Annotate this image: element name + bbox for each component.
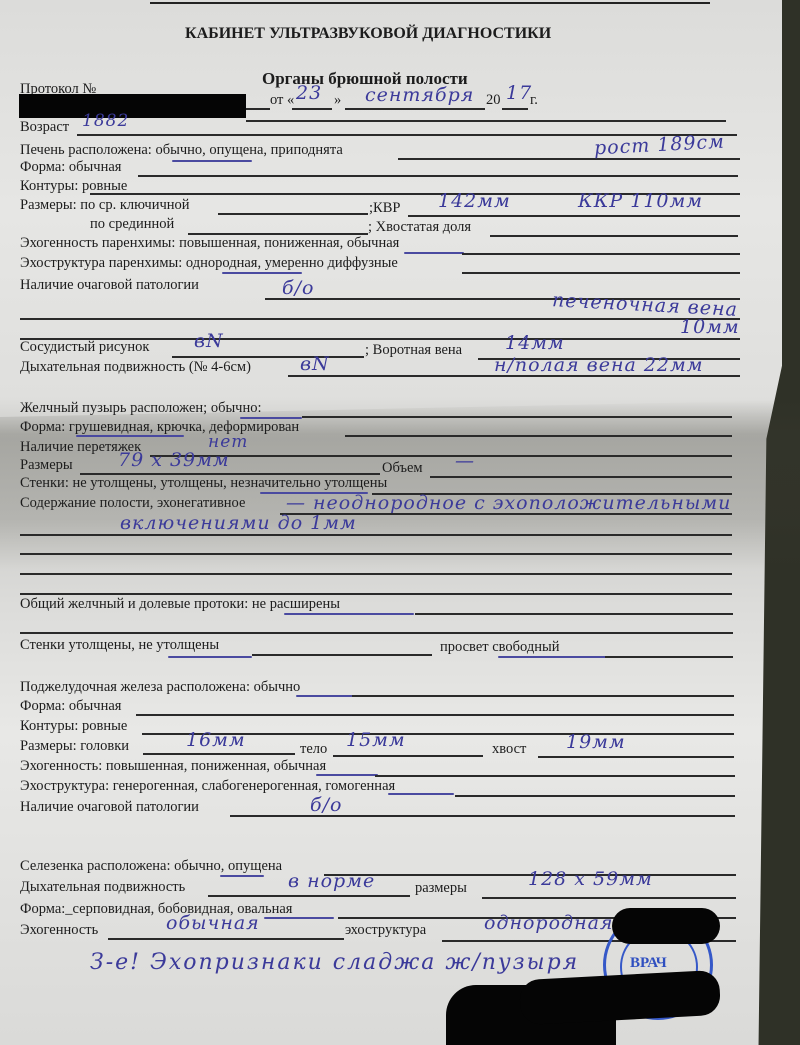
field-line (143, 753, 295, 755)
liver-mobility-label: Дыхательная подвижность (№ 4-6см) (20, 360, 251, 375)
pancreas-echostructure-label: Эхоструктура: генерогенная, слабогенерог… (20, 779, 395, 794)
vascular-value: вN (194, 332, 224, 351)
selected-underline (264, 917, 334, 919)
field-line (455, 795, 735, 797)
liver-echostructure-label: Эхоструктура паренхимы: однородная, умер… (20, 256, 398, 271)
selected-underline (168, 656, 252, 658)
date-prefix: от « (270, 93, 294, 108)
field-line (246, 120, 726, 122)
spleen-sizes-value: 128 х 59мм (528, 870, 653, 889)
liver-shape-label: Форма: обычная (20, 160, 121, 175)
redacted-protocol-number (19, 94, 246, 118)
field-line (462, 272, 740, 274)
vascular-label: Сосудистый рисунок (20, 340, 149, 355)
spleen-echogenicity-value: обычная (166, 914, 260, 933)
pancreas-echogenicity-label: Эхогенность: повышенная, пониженная, обы… (20, 759, 326, 774)
portal-vein-value: 14мм (505, 334, 565, 353)
gb-volume-label: Объем (382, 461, 423, 476)
kvr-value: 142мм (438, 192, 511, 211)
gb-shape-label: Форма: грушевидная, крючка, деформирован (20, 420, 299, 435)
field-line (150, 455, 732, 457)
gb-volume-value: — (455, 452, 475, 471)
pancreas-sizes-label: Размеры: головки (20, 739, 129, 754)
liver-focal-value: б/о (282, 279, 314, 298)
pancreas-focal-value: б/о (310, 796, 342, 815)
field-line (138, 175, 738, 177)
selected-underline (76, 435, 184, 437)
field-line (20, 553, 732, 555)
pancreas-focal-label: Наличие очаговой патологии (20, 800, 199, 815)
field-line (375, 775, 735, 777)
field-line (246, 108, 270, 110)
pancreas-position-label: Поджелудочная железа расположена: обычно (20, 680, 300, 695)
field-line (20, 593, 732, 595)
top-rule (150, 2, 710, 4)
gb-walls-label: Стенки: не утолщены, утолщены, незначите… (20, 476, 387, 491)
field-line (230, 815, 735, 817)
liver-focal-label: Наличие очаговой патологии (20, 278, 199, 293)
field-line (605, 656, 733, 658)
field-line (108, 938, 344, 940)
field-line (430, 476, 732, 478)
pancreas-tail-value: 19мм (566, 733, 626, 752)
selected-underline (498, 656, 606, 658)
liver-position-label: Печень расположена: обычно, опущена, при… (20, 143, 343, 158)
selected-underline (220, 875, 264, 877)
portal-vein-label: ; Воротная вена (365, 343, 462, 358)
selected-underline (316, 774, 378, 776)
selected-underline (284, 613, 414, 615)
field-line (490, 235, 738, 237)
field-line (408, 215, 740, 217)
liver-mobility-value: вN (300, 355, 330, 374)
pancreas-body-value: 15мм (346, 731, 406, 750)
selected-underline (222, 272, 302, 274)
field-line (302, 416, 732, 418)
field-line (20, 632, 733, 634)
selected-underline (388, 793, 454, 795)
hepatic-vein-value: 10мм (680, 318, 740, 337)
field-line (352, 695, 734, 697)
kkr-value: ККР 110мм (578, 192, 703, 211)
gb-walls2-label: Стенки утолщены, не утолщены (20, 638, 219, 653)
field-line (333, 755, 483, 757)
date-year: 17 (506, 84, 532, 103)
selected-underline (296, 695, 354, 697)
pancreas-body-label: тело (300, 742, 327, 757)
field-line (20, 318, 740, 320)
stamp-text: ВРАЧ (630, 955, 667, 972)
field-line (398, 158, 740, 160)
caudate-label: ; Хвостатая доля (368, 220, 471, 235)
liver-contours-label: Контуры: ровные (20, 179, 127, 194)
kvr-label: ;КВР (369, 201, 400, 216)
field-line (538, 756, 734, 758)
field-line (20, 573, 732, 575)
gb-sizes-value: 79 х 39мм (118, 451, 230, 470)
spleen-echostructure-label: эхоструктура (345, 923, 426, 938)
pancreas-tail-label: хвост (492, 742, 526, 757)
field-line (502, 108, 528, 110)
field-line (208, 895, 410, 897)
field-line (20, 534, 732, 536)
conclusion: З-е! Эхопризнаки сладжа ж/пузыря (90, 952, 579, 974)
field-line (462, 253, 740, 255)
gb-lumen-label: просвет свободный (440, 640, 560, 655)
gb-contents-value-1: — неоднородное с эхоположительными (286, 494, 731, 513)
gb-ducts-label: Общий желчный и долевые протоки: не расш… (20, 597, 340, 612)
field-line (136, 714, 734, 716)
gb-sizes-label: Размеры (20, 458, 73, 473)
ivc-note: н/полая вена 22мм (494, 356, 704, 375)
field-line (292, 108, 332, 110)
pancreas-shape-label: Форма: обычная (20, 699, 121, 714)
age-label: Возраст (20, 120, 69, 135)
selected-underline (404, 252, 464, 254)
spleen-sizes-label: размеры (415, 881, 467, 896)
date-suffix: г. (530, 93, 538, 108)
spleen-echogenicity-label: Эхогенность (20, 923, 98, 938)
liver-echogenicity-label: Эхогенность паренхимы: повышенная, пониж… (20, 236, 399, 251)
selected-underline (172, 160, 252, 162)
spleen-mobility-value: в норме (288, 872, 375, 891)
date-year-prefix: 20 (486, 93, 501, 108)
liver-median-label: по срединной (90, 217, 174, 232)
age-value: 1882 (82, 113, 129, 130)
page-title: КАБИНЕТ УЛЬТРАЗВУКОВОЙ ДИАГНОСТИКИ (185, 26, 551, 42)
field-line (218, 213, 368, 215)
pancreas-head-value: 16мм (186, 731, 246, 750)
pancreas-contours-label: Контуры: ровные (20, 719, 127, 734)
gb-contents-label: Содержание полости, эхонегативное (20, 496, 245, 511)
spleen-mobility-label: Дыхательная подвижность (20, 880, 185, 895)
field-line (482, 897, 736, 899)
gb-contents-value-2: включениями до 1мм (120, 514, 357, 533)
liver-sizes-label: Размеры: по ср. ключичной (20, 198, 190, 213)
field-line (345, 435, 732, 437)
date-mid: » (334, 93, 341, 108)
field-line (415, 613, 733, 615)
spleen-position-label: Селезенка расположена: обычно, опущена (20, 859, 282, 874)
date-day: 23 (296, 84, 322, 103)
field-line (172, 356, 364, 358)
field-line (345, 108, 485, 110)
gb-position-label: Желчный пузырь расположен; обычно: (20, 401, 262, 416)
redacted-stamp-top (612, 908, 720, 944)
field-line (252, 654, 432, 656)
spleen-echostructure-value: однородная (484, 914, 614, 933)
date-month: сентября (365, 86, 474, 105)
